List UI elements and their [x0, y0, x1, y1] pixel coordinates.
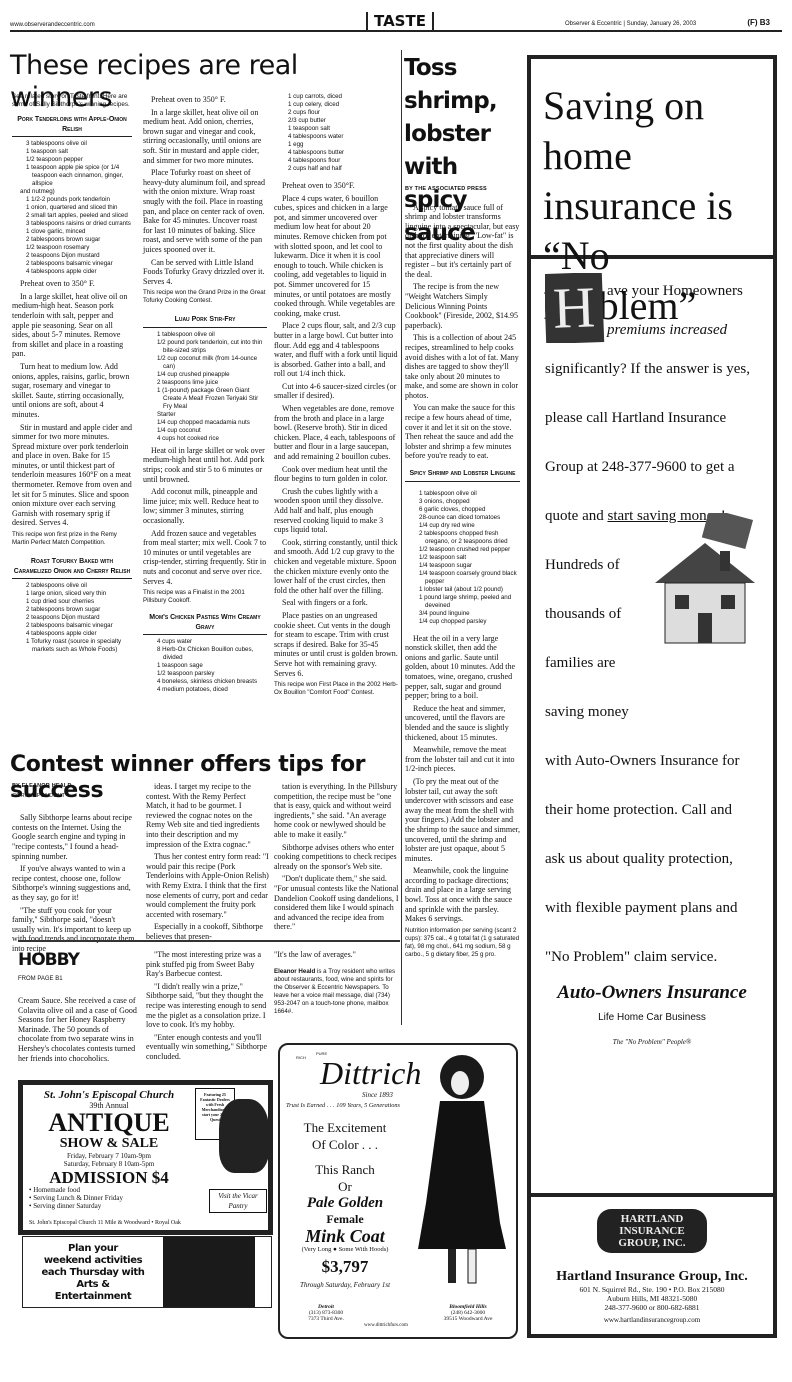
recipe-title: Roast Tofurky Baked with Caramelized Oni…	[12, 557, 132, 579]
recipe-step: Meanwhile, remove the meat from the lobs…	[405, 745, 520, 774]
ad-line: Mink Coat	[284, 1226, 406, 1246]
ingredient: 1 teaspoon apple pie spice (or 1/4 teasp…	[26, 164, 132, 188]
dittrich-url[interactable]: www.dittrichfurs.com	[364, 1323, 408, 1328]
ad-line: "No Problem" claim service.	[545, 945, 759, 970]
author-name: Eleanor Heald	[274, 968, 315, 975]
ingredient: 1/2 teaspoon parsley	[157, 670, 267, 678]
contest-column-3: tation is everything. In the Pillsbury c…	[274, 782, 399, 935]
hobby-column-3: "It's the law of averages." Eleanor Heal…	[274, 950, 399, 1019]
ad-line: Arts &	[23, 1279, 163, 1291]
ingredient: 4 tablespoons apple cider	[26, 268, 132, 276]
recipe-note: This recipe was a Finalist in the 2001 P…	[143, 589, 267, 605]
ingredient: 28-ounce can diced tomatoes	[419, 514, 520, 522]
ingredient: 4 boneless, skinless chicken breasts	[157, 678, 267, 686]
ingredient: 1/2 cup coconut milk (from 14-ounce can)	[157, 355, 267, 371]
photo-dark-image	[163, 1237, 255, 1307]
ad-subtitle: SHOW & SALE	[29, 1136, 189, 1152]
recipe-title: Pork Tenderloins with Apple-Onion Relish	[12, 115, 132, 137]
ingredient: 2 tablespoons olive oil	[26, 582, 132, 590]
recipe-title: Spicy Shrimp and Lobster Linguine	[405, 469, 520, 482]
recipe-step: Heat oil in large skillet or wok over me…	[143, 446, 267, 484]
recipe-step: Place 2 cups flour, salt, and 2/3 cup bu…	[274, 321, 398, 379]
recipes-column-3: 1 cup carrots, diced 1 cup celery, diced…	[274, 93, 398, 700]
ingredient-list: 3 tablespoons olive oil 1 teaspoon salt …	[12, 140, 132, 276]
ingredient: 4 tablespoons flour	[288, 157, 398, 165]
sale-end: Through Saturday, February 1st	[284, 1281, 406, 1289]
auto-owners-logo: Auto-Owners Insurance	[545, 980, 759, 1005]
recipe-step: Crush the cubes lightly with a wooden sp…	[274, 487, 398, 535]
ingredient: 1/2 pound pork tenderloin, cut into thin…	[157, 339, 267, 355]
jump-line[interactable]: FROM PAGE B1	[18, 976, 138, 982]
ad-line: ask us about quality protection,	[545, 847, 759, 872]
recipe-step: In a large skillet, heat olive oil on me…	[143, 108, 267, 166]
paragraph: "Enter enough contests and you'll eventu…	[146, 1033, 270, 1062]
ingredient: 1 large onion, sliced very thin	[26, 590, 132, 598]
ingredient: 1 tablespoon olive oil	[157, 331, 267, 339]
paragraph: Thus her contest entry form read: "I wou…	[146, 852, 270, 919]
recipe-step: In a large skillet, heat olive oil on me…	[12, 292, 132, 359]
section-title: TASTE	[366, 12, 434, 30]
insurance-headline: Saving on home insurance is “No Problem”	[531, 59, 773, 259]
paragraph: tation is everything. In the Pillsbury c…	[274, 782, 399, 840]
ad-line: The Excitement	[284, 1119, 406, 1136]
detroit-location: Detroit (313) 873-8300 7373 Third Ave.	[296, 1304, 356, 1322]
dittrich-fur-ad[interactable]: RICH PURE Dittrich Since 1893 Trust Is E…	[278, 1043, 518, 1339]
ad-line: Female	[284, 1212, 406, 1226]
masthead: www.observerandeccentric.com TASTE Obser…	[10, 10, 782, 32]
recipe-note: This recipe won first prize in the Remy …	[12, 531, 132, 547]
hartland-contact: Hartland Insurance Group, Inc. 601 N. Sq…	[531, 1269, 773, 1324]
ingredient: 1 onion, quartered and sliced thin	[26, 204, 132, 212]
ingredient: 3 tablespoons olive oil	[26, 140, 132, 148]
recipe-step: Heat the oil in a very large nonstick sk…	[405, 634, 520, 701]
ad-line: Or	[284, 1178, 406, 1195]
ingredient: 1 lobster tail (about 1/2 pound)	[419, 586, 520, 594]
auto-owners-block: Auto-Owners Insurance Life Home Car Busi…	[545, 980, 759, 1063]
recipe-step: Add coconut milk, pineapple and lime jui…	[143, 487, 267, 525]
ingredient: 1 egg	[288, 141, 398, 149]
ingredient: 4 tablespoons apple cider	[26, 630, 132, 638]
ingredient: 4 cups hot cooked rice	[157, 435, 267, 443]
ingredient-list: 1 tablespoon olive oil 1/2 pound pork te…	[143, 331, 267, 443]
drop-cap-h-icon: H	[545, 273, 604, 343]
page-number: (F) B3	[747, 18, 770, 27]
company-city: Auburn Hills, MI 48321-5080	[531, 1294, 773, 1303]
ingredient: 2 teaspoons Dijon mustard	[26, 252, 132, 260]
ingredient: 2 tablespoons balsamic vinegar	[26, 260, 132, 268]
ingredient: and nutmeg)	[20, 188, 132, 196]
site-url[interactable]: www.observerandeccentric.com	[10, 22, 95, 28]
ad-org: St. John's Episcopal Church	[29, 1089, 189, 1101]
ingredient: 1/2 teaspoon salt	[419, 554, 520, 562]
recipe-step: Cook, stirring constantly, until thick a…	[274, 538, 398, 596]
recipe-step: Seal with fingers or a fork.	[274, 598, 398, 608]
recipe-step: Add frozen sauce and vegetables from mea…	[143, 529, 267, 587]
ingredient: 4 tablespoons water	[288, 133, 398, 141]
ingredient-list: 2 tablespoons olive oil 1 large onion, s…	[12, 582, 132, 654]
ingredient: 2 cups half and half	[288, 165, 398, 173]
ad-line: Entertainment	[23, 1291, 163, 1303]
ingredient: 2 teaspoons lime juice	[157, 379, 267, 387]
arts-entertainment-ad[interactable]: Plan your weekend activities each Thursd…	[22, 1236, 272, 1308]
paragraph: Sally Sibthorpe learns about recipe cont…	[12, 813, 136, 861]
hobby-column-1: HOBBY FROM PAGE B1 Cream Sauce. She rece…	[18, 950, 138, 1063]
recipe-step: Preheat oven to 350°F.	[274, 181, 398, 191]
ad-line: please call Hartland Insurance	[545, 406, 759, 431]
paragraph: Especially in a cookoff, Sibthorpe belie…	[146, 922, 270, 941]
hobby-column-2: "The most interesting prize was a pink s…	[146, 950, 270, 1065]
insurance-body: H ave your Homeowners premiums increased…	[531, 259, 773, 1063]
recipe-step: Preheat oven to 350° F.	[12, 279, 132, 289]
ingredient: 1/4 cup dry red wine	[419, 522, 520, 530]
ad-footer: St. John's Episcopal Church 11 Mile & Wo…	[29, 1220, 181, 1226]
hartland-logo: HARTLAND INSURANCE GROUP, INC.	[597, 1209, 707, 1253]
hobby-headline: HOBBY	[18, 950, 138, 970]
ingredient: 2 cups flour	[288, 109, 398, 117]
ingredient: 2 small tart apples, peeled and sliced	[26, 212, 132, 220]
ingredient: 3/4 pound linguine	[419, 610, 520, 618]
contest-column-2: ideas. I target my recipe to the contest…	[146, 782, 270, 945]
ad-line: Group at 248-377-9600 to get a	[545, 455, 759, 480]
ingredient: Starter	[157, 411, 267, 419]
shrimp-column: BY THE ASSOCIATED PRESS A spicy tomato s…	[405, 185, 520, 962]
paragraph: "The stuff you cook for your family," Si…	[12, 906, 136, 954]
recipe-step: Place Tofurky roast on sheet of heavy-du…	[143, 168, 267, 254]
ingredient: 1/2 teaspoon rosemary	[26, 244, 132, 252]
house-section: Hundreds of thousands of families are sa…	[545, 553, 759, 725]
bullet: • Serving Lunch & Dinner Friday	[29, 1194, 123, 1202]
paragraph: "Don't duplicate them," she said. "For u…	[274, 874, 399, 932]
ad-line: This Ranch	[284, 1161, 406, 1178]
auto-owners-slogan: The "No Problem" People®	[545, 1030, 759, 1055]
recipe-title: Mom's Chicken Pasties With Creamy Gravy	[143, 613, 267, 635]
ad-line: weekend activities	[23, 1255, 163, 1267]
recipe-step: Place pasties on an ungreased cookie she…	[274, 611, 398, 678]
recipe-note: This recipe won the Grand Prize in the G…	[143, 289, 267, 305]
author-bio: Eleanor Heald is a Troy resident who wri…	[274, 968, 399, 1016]
ad-bullets: • Homemade food • Serving Lunch & Dinner…	[29, 1186, 123, 1210]
ingredient: 2 tablespoons chopped fresh oregano, or …	[419, 530, 520, 546]
ingredient: 1/4 cup coconut	[157, 427, 267, 435]
ingredient: 1 clove garlic, minced	[26, 228, 132, 236]
paragraph: The recipe is from the new "Weight Watch…	[405, 282, 520, 330]
ad-line: their home protection. Call and	[545, 798, 759, 823]
ingredient: 1/4 cup chopped macadamia nuts	[157, 419, 267, 427]
company-name: Hartland Insurance Group, Inc.	[531, 1269, 773, 1285]
ad-text: Plan your weekend activities each Thursd…	[23, 1243, 163, 1303]
recipe-step: Reduce the heat and simmer, uncovered, u…	[405, 704, 520, 742]
house-with-money-icon	[645, 513, 765, 663]
ingredient: 1/4 teaspoon coarsely ground black peppe…	[419, 570, 520, 586]
tagline: Trust Is Earned . . . 109 Years, 5 Gener…	[286, 1102, 400, 1109]
nutrition-info: Nutrition information per serving (scant…	[405, 927, 520, 959]
bloomfield-location: Bloomfield Hills (248) 642-3000 39515 Wo…	[430, 1304, 506, 1322]
hartland-insurance-ad[interactable]: Saving on home insurance is “No Problem”…	[527, 55, 777, 1338]
paragraph: A spicy tomato sauce full of shrimp and …	[405, 203, 520, 280]
ad-title: ANTIQUE	[29, 1110, 189, 1136]
ad-line: Of Color . . .	[284, 1136, 406, 1153]
paragraph: "The most interesting prize was a pink s…	[146, 950, 270, 979]
ad-admission: ADMISSION $4	[29, 1168, 189, 1188]
ad-line: significantly? If the answer is yes,	[545, 357, 759, 382]
byline: BY ELEANOR HEALD	[12, 782, 136, 792]
ingredient-list: 4 cups water 8 Herb-Ox Chicken Bouillon …	[143, 638, 267, 694]
logo-line: INSURANCE	[597, 1225, 707, 1237]
paragraph: Cream Sauce. She received a case of Cola…	[18, 996, 138, 1063]
teapot-illustration-icon	[219, 1099, 269, 1173]
ingredient: 1 cup carrots, diced	[288, 93, 398, 101]
paragraph: This is a collection of about 245 recipe…	[405, 333, 520, 400]
ingredient: 3 onions, chopped	[419, 498, 520, 506]
ingredient: 4 medium potatoes, diced	[157, 686, 267, 694]
auto-owners-lines: Life Home Car Business	[545, 1005, 759, 1030]
ingredient: 1 tablespoon olive oil	[419, 490, 520, 498]
recipe-step: Cook over medium heat until the flour be…	[274, 465, 398, 484]
paragraph: ideas. I target my recipe to the contest…	[146, 782, 270, 849]
recipe-title: Luau Pork Stir-Fry	[143, 315, 267, 328]
author-bio-text: is a Troy resident who writes about rest…	[274, 968, 395, 1015]
ingredient: 2 tablespoons brown sugar	[26, 606, 132, 614]
ingredient: 4 cups water	[157, 638, 267, 646]
church-antique-ad[interactable]: St. John's Episcopal Church 39th Annual …	[18, 1080, 273, 1235]
ingredient: 1/4 cup crushed pineapple	[157, 371, 267, 379]
paragraph: "I didn't really win a prize," Sibthorpe…	[146, 982, 270, 1030]
dateline: Observer & Eccentric | Sunday, January 2…	[565, 21, 696, 27]
ingredient: 4 tablespoons butter	[288, 149, 398, 157]
company-phones: 248-377-9600 or 800-682-6881	[531, 1303, 773, 1312]
ingredient: 1 (1-pound) package Green Giant Create A…	[157, 387, 267, 411]
recipe-step: Preheat oven to 350° F.	[143, 95, 267, 105]
bullet: • Homemade food	[29, 1186, 123, 1194]
ingredient: 2/3 cup butter	[288, 117, 398, 125]
vicar-pantry-button[interactable]: Visit the Vicar Pantry	[209, 1189, 267, 1213]
ingredient: 1/4 teaspoon sugar	[419, 562, 520, 570]
recipe-step: Place 4 cups water, 6 bouillon cubes, sp…	[274, 194, 398, 319]
ad-line: Pale Golden	[284, 1195, 406, 1212]
ingredient: 2 tablespoons brown sugar	[26, 236, 132, 244]
woman-in-mink-coat-icon	[410, 1053, 510, 1299]
company-address: 601 N. Squirrel Rd., Ste. 190 • P.O. Box…	[531, 1285, 773, 1294]
recipe-step: (To pry the meat out of the lobster tail…	[405, 777, 520, 863]
ingredient: 1 Tofurky roast (source in specialty mar…	[26, 638, 132, 654]
recipe-step: Meanwhile, cook the linguine according t…	[405, 866, 520, 924]
recipe-step: Stir in mustard and apple cider and simm…	[12, 423, 132, 529]
ingredient-list: 1 cup carrots, diced 1 cup celery, diced…	[274, 93, 398, 173]
contest-column-1: BY ELEANOR HEALD CORRESPONDENT Sally Sib…	[12, 782, 136, 957]
column-divider	[401, 50, 402, 1025]
ingredient: 1 1/2-2 pounds pork tenderloin	[26, 196, 132, 204]
ingredient-list: 1 tablespoon olive oil 3 onions, chopped…	[405, 490, 520, 626]
ingredient: 6 garlic cloves, chopped	[419, 506, 520, 514]
recipes-column-2: Preheat oven to 350° F. In a large skill…	[143, 95, 267, 694]
ingredient: 1/2 teaspoon crushed red pepper	[419, 546, 520, 554]
ingredient: 1 cup dried sour cherries	[26, 598, 132, 606]
ad-tag: RICH	[296, 1055, 306, 1060]
ingredient: 1/4 cup chopped parsley	[419, 618, 520, 626]
ingredient: 1 teaspoon salt	[288, 125, 398, 133]
ingredient: 8 Herb-Ox Chicken Bouillon cubes, divide…	[157, 646, 267, 662]
ad-line: each Thursday with	[23, 1267, 163, 1279]
ad-line: (Very Long ● Some With Hoods)	[284, 1246, 406, 1253]
bullet: • Serving dinner Saturday	[29, 1202, 123, 1210]
ad-line: with flexible payment plans and	[545, 896, 759, 921]
recipes-column-1: See related story on Taste front. Here a…	[12, 93, 132, 654]
paragraph: Sibthorpe advises others who enter cooki…	[274, 843, 399, 872]
ingredient: 1 pound large shrimp, peeled and deveine…	[419, 594, 520, 610]
recipes-intro: See related story on Taste front. Here a…	[12, 93, 132, 109]
ingredient: 2 tablespoons balsamic vinegar	[26, 622, 132, 630]
ad-date: Friday, February 7 10am-9pm	[29, 1152, 189, 1160]
recipe-step: Cut into 4-6 saucer-sized circles (or sm…	[274, 382, 398, 401]
recipe-step: When vegetables are done, remove from th…	[274, 404, 398, 462]
location-address: 39515 Woodward Ave	[430, 1316, 506, 1322]
ingredient: 3 tablespoons raisins or dried currants	[26, 220, 132, 228]
paragraph: "It's the law of averages."	[274, 950, 399, 960]
dittrich-logo: Dittrich	[320, 1055, 421, 1092]
recipe-step: Can be served with Little Island Foods T…	[143, 258, 267, 287]
ad-line: with Auto-Owners Insurance for	[545, 749, 759, 774]
logo-line: HARTLAND	[597, 1213, 707, 1225]
logo-line: GROUP, INC.	[597, 1237, 707, 1249]
ingredient: 2 teaspoons Dijon mustard	[26, 614, 132, 622]
ad-date: Saturday, February 8 10am-5pm	[29, 1160, 189, 1168]
ingredient: 1/2 teaspoon pepper	[26, 156, 132, 164]
recipe-note: This recipe won First Place in the 2002 …	[274, 681, 398, 697]
since: Since 1893	[362, 1091, 393, 1099]
recipe-step: Turn heat to medium low. Add onions, app…	[12, 362, 132, 420]
ad-line: Plan your	[23, 1243, 163, 1255]
ad-text: quote and	[545, 508, 607, 524]
price: $3,797	[284, 1257, 406, 1277]
ad-copy: The Excitement Of Color . . . This Ranch…	[284, 1119, 406, 1289]
paragraph: If you've always wanted to win a recipe …	[12, 864, 136, 902]
byline: BY THE ASSOCIATED PRESS	[405, 185, 520, 195]
ingredient: 1 teaspoon sage	[157, 662, 267, 670]
byline-role: CORRESPONDENT	[12, 792, 136, 802]
ingredient: 1 teaspoon salt	[26, 148, 132, 156]
paragraph: You can make the sauce for this recipe a…	[405, 403, 520, 461]
ad-line: saving money	[545, 700, 759, 725]
location-address: 7373 Third Ave.	[296, 1316, 356, 1322]
section-divider	[18, 940, 400, 942]
ingredient: 1 cup celery, diced	[288, 101, 398, 109]
company-url[interactable]: www.hartlandinsurancegroup.com	[531, 1316, 773, 1324]
